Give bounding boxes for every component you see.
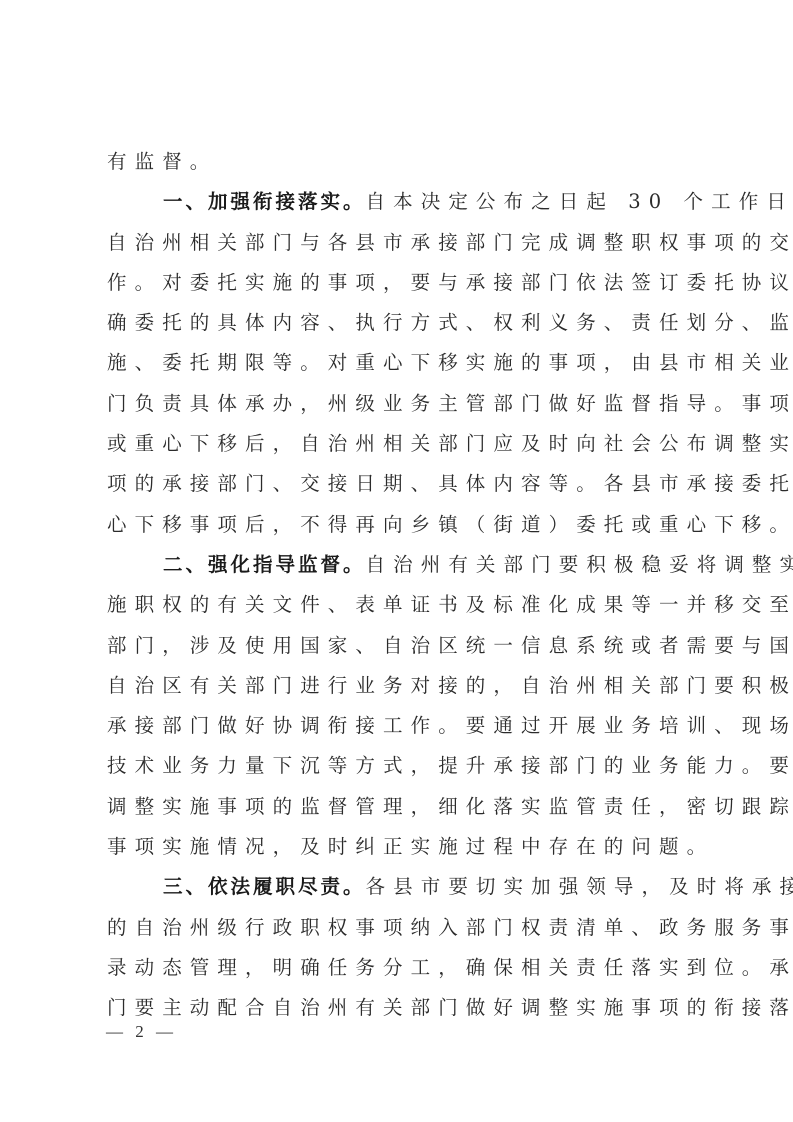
text-line: 承接部门做好协调衔接工作。要通过开展业务培训、现场指导、 [107, 706, 697, 746]
line-text: 门要主动配合自治州有关部门做好调整实施事项的衔接落实工 [107, 996, 793, 1019]
text-line: 技术业务力量下沉等方式，提升承接部门的业务能力。要做好 [107, 746, 697, 786]
text-line: 有监督。 [107, 142, 697, 182]
line-text: 调整实施事项的监督管理，细化落实监管责任，密切跟踪调整 [107, 795, 793, 818]
document-body: 有监督。 一、加强衔接落实。自本决定公布之日起 30 个工作日内， 自治州相关部… [107, 142, 697, 1029]
line-text: 施职权的有关文件、表单证书及标准化成果等一并移交至承接 [107, 593, 793, 616]
line-text: 确委托的具体内容、执行方式、权利义务、责任划分、监管措 [107, 311, 793, 334]
line-text: 自治区有关部门进行业务对接的，自治州相关部门要积极协助 [107, 674, 793, 697]
section-2-heading-line: 二、强化指导监督。自治州有关部门要积极稳妥将调整实 [107, 545, 697, 585]
line-text: 技术业务力量下沉等方式，提升承接部门的业务能力。要做好 [107, 754, 793, 777]
line-text: 门负责具体承办，州级业务主管部门做好监督指导。事项委托 [107, 392, 793, 415]
text-line: 门要主动配合自治州有关部门做好调整实施事项的衔接落实工 [107, 988, 697, 1028]
text-line: 部门，涉及使用国家、自治区统一信息系统或者需要与国家、 [107, 626, 697, 666]
section-3-heading-line: 三、依法履职尽责。各县市要切实加强领导，及时将承接 [107, 867, 697, 907]
text-line: 自治区有关部门进行业务对接的，自治州相关部门要积极协助 [107, 666, 697, 706]
line-text: 有监督。 [107, 150, 217, 173]
section-1-heading-line: 一、加强衔接落实。自本决定公布之日起 30 个工作日内， [107, 182, 697, 222]
line-text: 部门，涉及使用国家、自治区统一信息系统或者需要与国家、 [107, 634, 793, 657]
line-text: 承接部门做好协调衔接工作。要通过开展业务培训、现场指导、 [107, 714, 793, 737]
line-text: 项的承接部门、交接日期、具体内容等。各县市承接委托或重 [107, 472, 793, 495]
section-heading: 三、依法履职尽责。 [163, 875, 366, 898]
text-line: 调整实施事项的监督管理，细化落实监管责任，密切跟踪调整 [107, 787, 697, 827]
line-text: 各县市要切实加强领导，及时将承接 [366, 875, 793, 898]
line-text: 的自治州级行政职权事项纳入部门权责清单、政务服务事项目 [107, 916, 793, 939]
line-text: 作。对委托实施的事项，要与承接部门依法签订委托协议，明 [107, 271, 793, 294]
text-line: 自治州相关部门与各县市承接部门完成调整职权事项的交接工 [107, 223, 697, 263]
text-line: 作。对委托实施的事项，要与承接部门依法签订委托协议，明 [107, 263, 697, 303]
line-text: 自治州有关部门要积极稳妥将调整实 [366, 553, 793, 576]
text-line: 施、委托期限等。对重心下移实施的事项，由县市相关业务部 [107, 343, 697, 383]
line-text: 心下移事项后，不得再向乡镇（街道）委托或重心下移。 [107, 513, 793, 536]
text-line: 录动态管理，明确任务分工，确保相关责任落实到位。承接部 [107, 948, 697, 988]
text-line: 或重心下移后，自治州相关部门应及时向社会公布调整实施事 [107, 424, 697, 464]
text-line: 心下移事项后，不得再向乡镇（街道）委托或重心下移。 [107, 505, 697, 545]
text-line: 的自治州级行政职权事项纳入部门权责清单、政务服务事项目 [107, 908, 697, 948]
document-page: 有监督。 一、加强衔接落实。自本决定公布之日起 30 个工作日内， 自治州相关部… [0, 0, 793, 1122]
text-line: 确委托的具体内容、执行方式、权利义务、责任划分、监管措 [107, 303, 697, 343]
line-text: 自本决定公布之日起 30 个工作日内， [366, 190, 793, 213]
section-heading: 二、强化指导监督。 [163, 553, 366, 576]
section-heading: 一、加强衔接落实。 [163, 190, 366, 213]
text-line: 施职权的有关文件、表单证书及标准化成果等一并移交至承接 [107, 585, 697, 625]
line-text: 自治州相关部门与各县市承接部门完成调整职权事项的交接工 [107, 231, 793, 254]
page-number: — 2 — [106, 1022, 177, 1042]
line-text: 或重心下移后，自治州相关部门应及时向社会公布调整实施事 [107, 432, 793, 455]
text-line: 事项实施情况，及时纠正实施过程中存在的问题。 [107, 827, 697, 867]
text-line: 门负责具体承办，州级业务主管部门做好监督指导。事项委托 [107, 384, 697, 424]
line-text: 录动态管理，明确任务分工，确保相关责任落实到位。承接部 [107, 956, 793, 979]
line-text: 施、委托期限等。对重心下移实施的事项，由县市相关业务部 [107, 351, 793, 374]
line-text: 事项实施情况，及时纠正实施过程中存在的问题。 [107, 835, 714, 858]
text-line: 项的承接部门、交接日期、具体内容等。各县市承接委托或重 [107, 464, 697, 504]
